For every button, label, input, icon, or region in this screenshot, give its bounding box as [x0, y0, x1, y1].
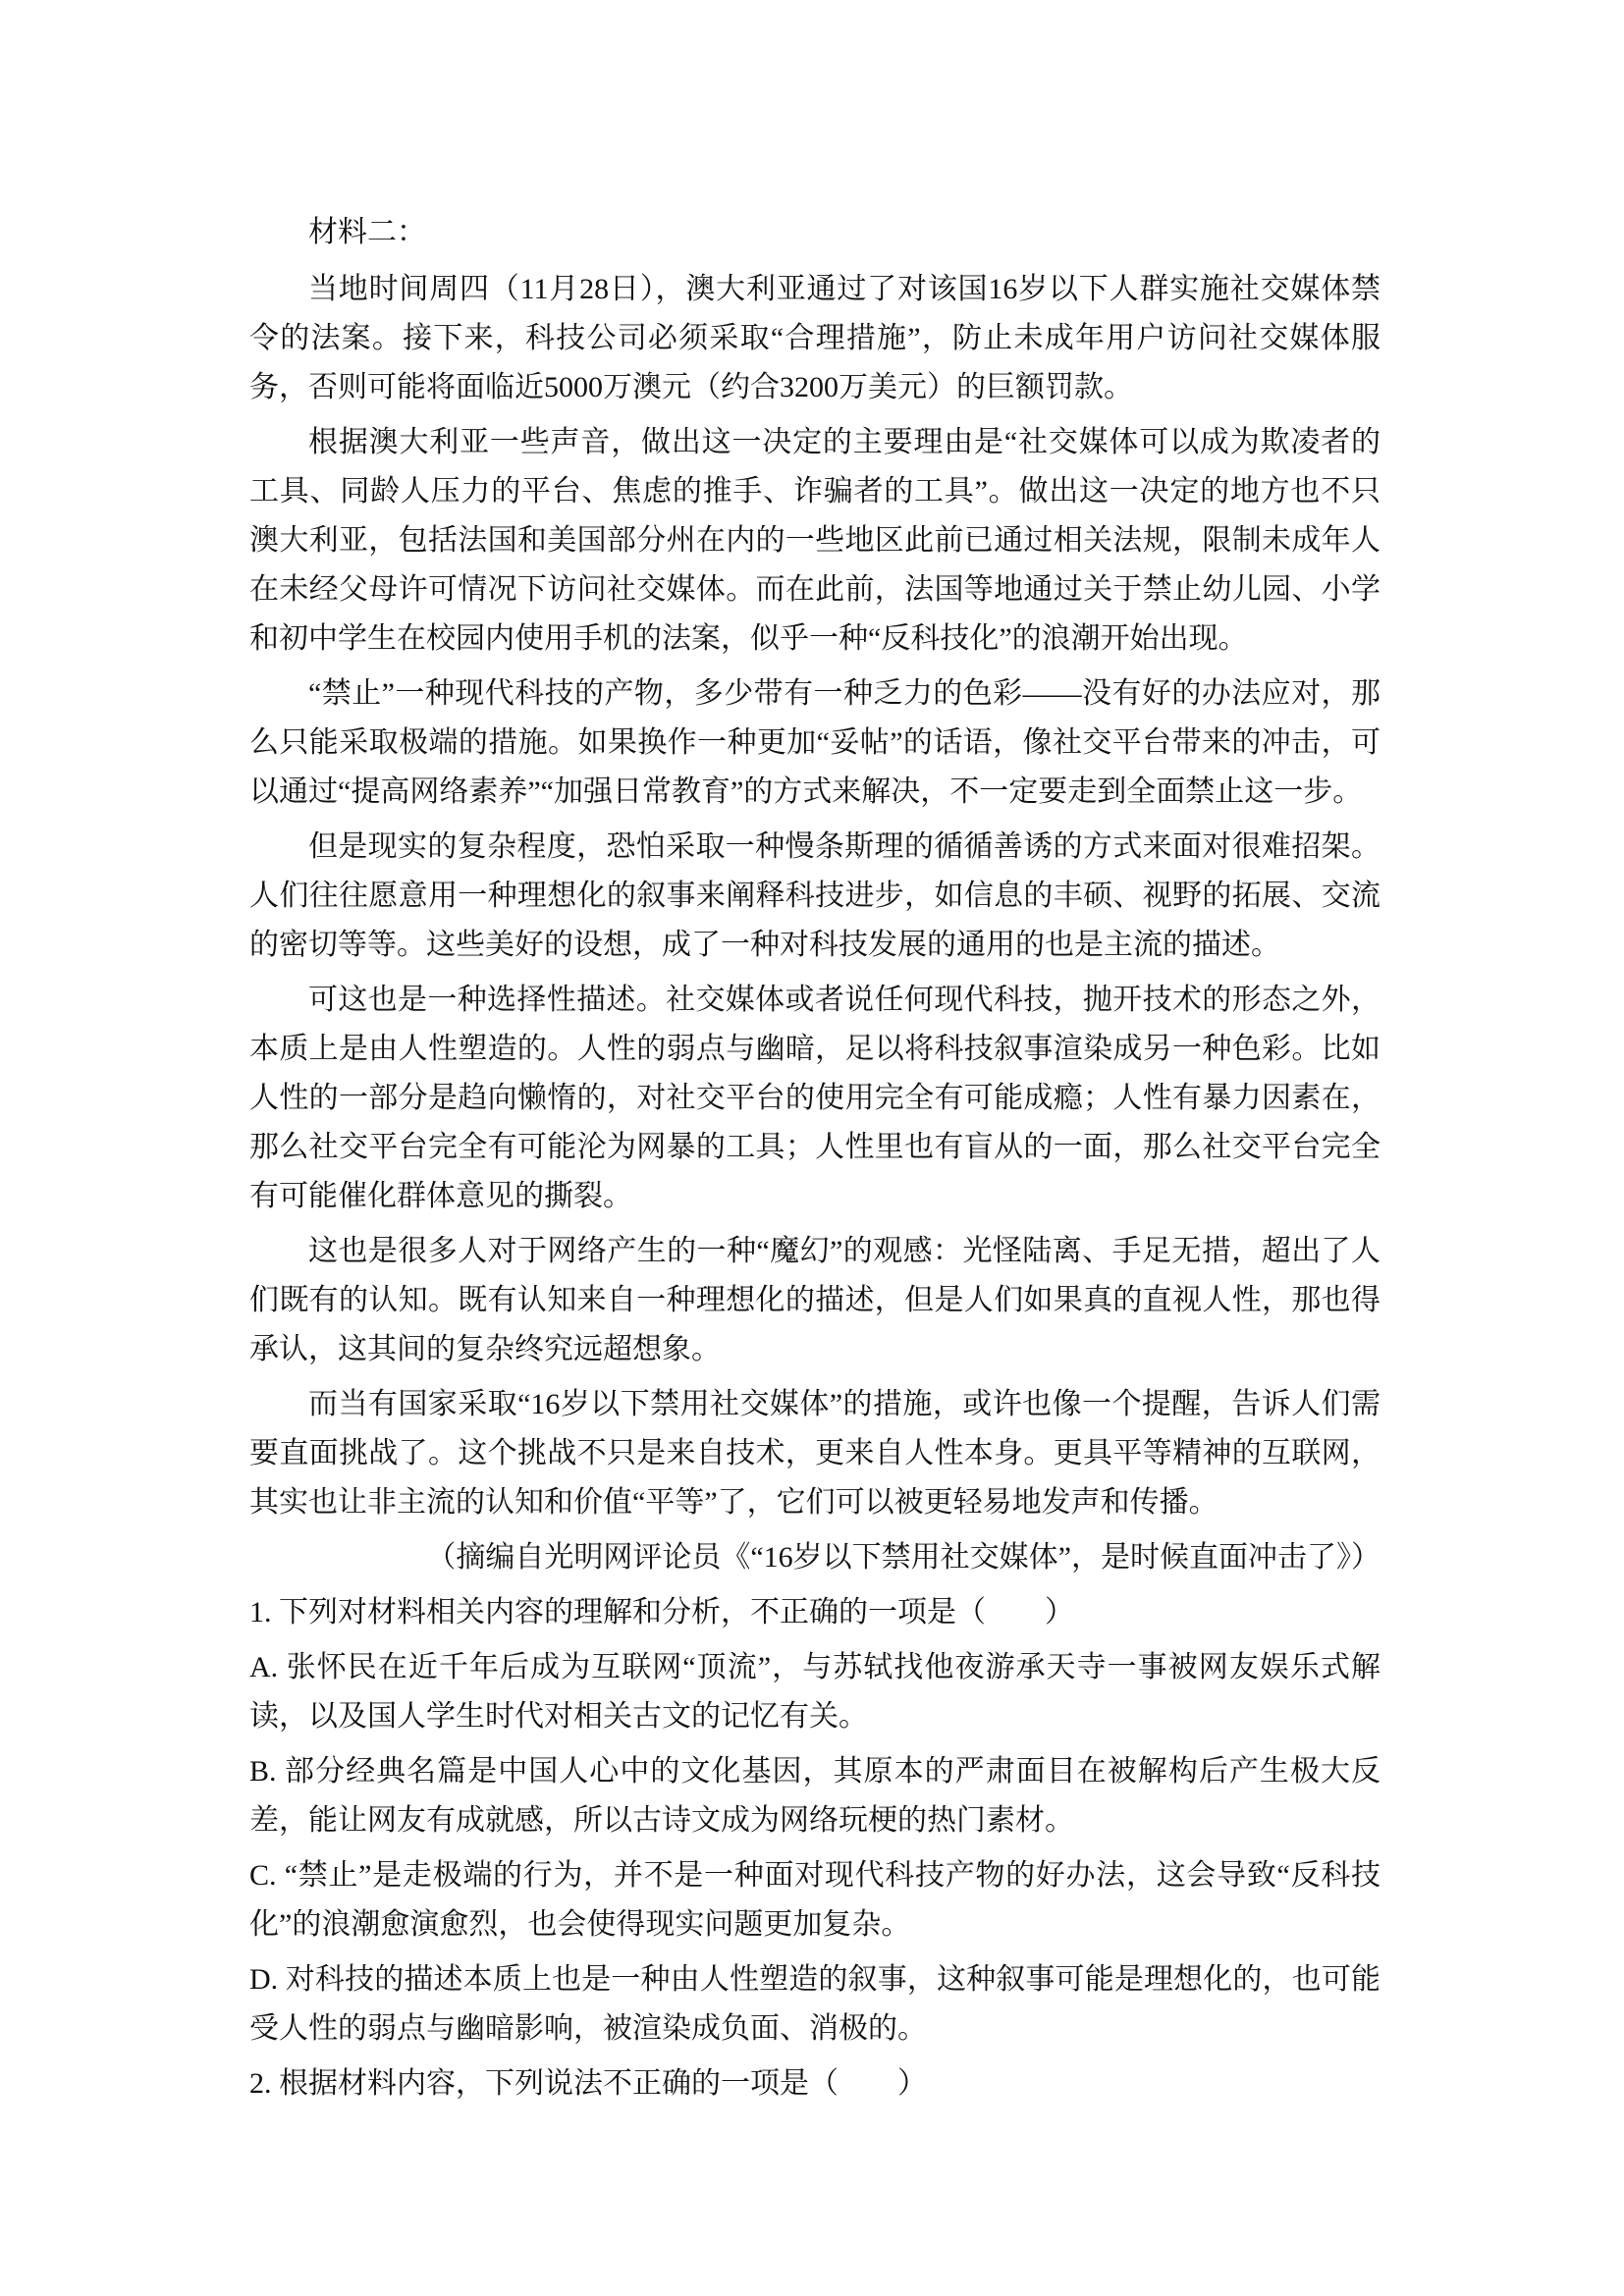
paragraph: 而当有国家采取“16岁以下禁用社交媒体”的措施，或许也像一个提醒，告诉人们需要直… [249, 1380, 1380, 1527]
paragraph: 根据澳大利亚一些声音，做出这一决定的主要理由是“社交媒体可以成为欺凌者的工具、同… [249, 418, 1380, 664]
option-a: A. 张怀民在近千年后成为互联网“顶流”，与苏轼找他夜游承天寺一事被网友娱乐式解… [249, 1643, 1380, 1741]
paragraph: 但是现实的复杂程度，恐怕采取一种慢条斯理的循循善诱的方式来面对很难招架。人们往往… [249, 823, 1380, 970]
question-stem: 1. 下列对材料相关内容的理解和分析，不正确的一项是（ ） [249, 1588, 1380, 1637]
document-page: 材料二： 当地时间周四（11月28日），澳大利亚通过了对该国16岁以下人群实施社… [249, 208, 1380, 2114]
question-stem: 2. 根据材料内容，下列说法不正确的一项是（ ） [249, 2059, 1380, 2109]
paragraph: 当地时间周四（11月28日），澳大利亚通过了对该国16岁以下人群实施社交媒体禁令… [249, 265, 1380, 412]
section-title: 材料二： [249, 208, 1380, 257]
paragraph: 这也是很多人对于网络产生的一种“魔幻”的观感：光怪陆离、手足无措，超出了人们既有… [249, 1227, 1380, 1374]
question-2: 2. 根据材料内容，下列说法不正确的一项是（ ） [249, 2059, 1380, 2109]
source-citation: （摘编自光明网评论员《“16岁以下禁用社交媒体”，是时候直面冲击了》） [249, 1533, 1380, 1582]
paragraph: 可这也是一种选择性描述。社交媒体或者说任何现代科技，抛开技术的形态之外，本质上是… [249, 976, 1380, 1221]
option-d: D. 对科技的描述本质上也是一种由人性塑造的叙事，这种叙事可能是理想化的，也可能… [249, 1955, 1380, 2054]
option-b: B. 部分经典名篇是中国人心中的文化基因，其原本的严肃面目在被解构后产生极大反差… [249, 1747, 1380, 1845]
paragraph: “禁止”一种现代科技的产物，多少带有一种乏力的色彩——没有好的办法应对，那么只能… [249, 669, 1380, 817]
option-c: C. “禁止”是走极端的行为，并不是一种面对现代科技产物的好办法，这会导致“反科… [249, 1851, 1380, 1949]
question-1: 1. 下列对材料相关内容的理解和分析，不正确的一项是（ ） A. 张怀民在近千年… [249, 1588, 1380, 2054]
